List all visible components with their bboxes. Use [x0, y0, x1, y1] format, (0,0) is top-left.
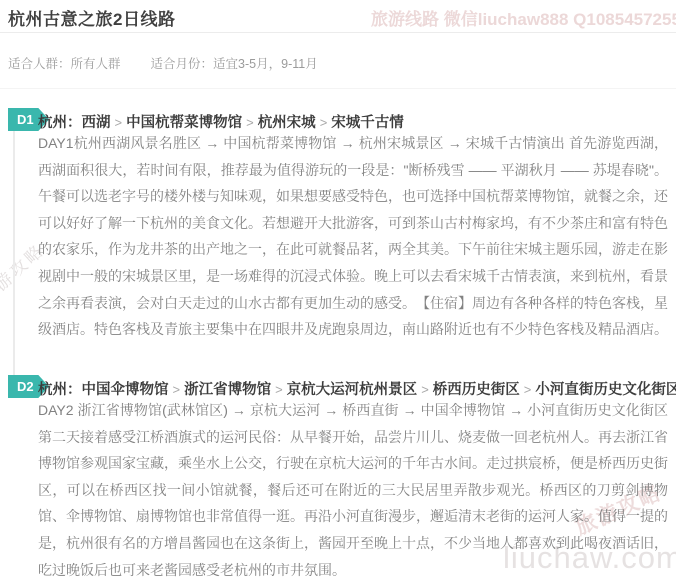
route-stop: 小河直街历史文化街区 [535, 382, 676, 398]
day-description-d2: DAY2 浙江省博物馆(武林馆区) → 京杭大运河 → 桥西直街 → 中国伞博物… [38, 397, 668, 579]
route-stop: 宋城千古情 [331, 115, 404, 131]
audience-label: 适合人群： [8, 57, 71, 71]
itinerary-page: 杭州古意之旅2日线路 旅游线路 微信liuchaw888 Q1085457255… [0, 0, 676, 579]
day-route-d2: 杭州：中国伞博物馆>浙江省博物馆>京杭大运河杭州景区>桥西历史街区>小河直街历史… [38, 378, 676, 399]
route-stop: 京杭大运河杭州景区 [287, 382, 418, 398]
timeline-line [13, 130, 15, 376]
trip-meta: 适合人群：所有人群适合月份：适宜3-5月，9-11月 [8, 54, 318, 72]
route-city: 杭州： [38, 115, 82, 131]
route-stop: 桥西历史街区 [433, 382, 520, 398]
watermark-top: 旅游线路 微信liuchaw888 Q1085457255 [371, 5, 676, 30]
route-stop: 浙江省博物馆 [184, 382, 271, 398]
route-stop: 西湖 [82, 115, 111, 131]
day-description-d1: DAY1杭州西湖风景名胜区 → 中国杭帮菜博物馆 → 杭州宋城景区 → 宋城千古… [38, 130, 668, 343]
day-route-d1: 杭州：西湖>中国杭帮菜博物馆>杭州宋城>宋城千古情 [38, 111, 404, 132]
route-city: 杭州： [38, 382, 82, 398]
route-separator: > [271, 382, 287, 397]
route-separator: > [111, 115, 127, 130]
route-separator: > [417, 382, 433, 397]
route-separator: > [316, 115, 332, 130]
route-separator: > [520, 382, 536, 397]
title-divider [0, 32, 676, 33]
audience-value: 所有人群 [71, 57, 121, 71]
route-stop: 杭州宋城 [258, 115, 316, 131]
months-value: 适宜3-5月，9-11月 [213, 57, 318, 71]
page-title: 杭州古意之旅2日线路 [8, 5, 175, 30]
route-separator: > [242, 115, 258, 130]
route-stop: 中国杭帮菜博物馆 [126, 115, 242, 131]
months-label: 适合月份： [151, 57, 214, 71]
meta-divider [0, 88, 676, 89]
route-separator: > [169, 382, 185, 397]
route-stop: 中国伞博物馆 [82, 382, 169, 398]
